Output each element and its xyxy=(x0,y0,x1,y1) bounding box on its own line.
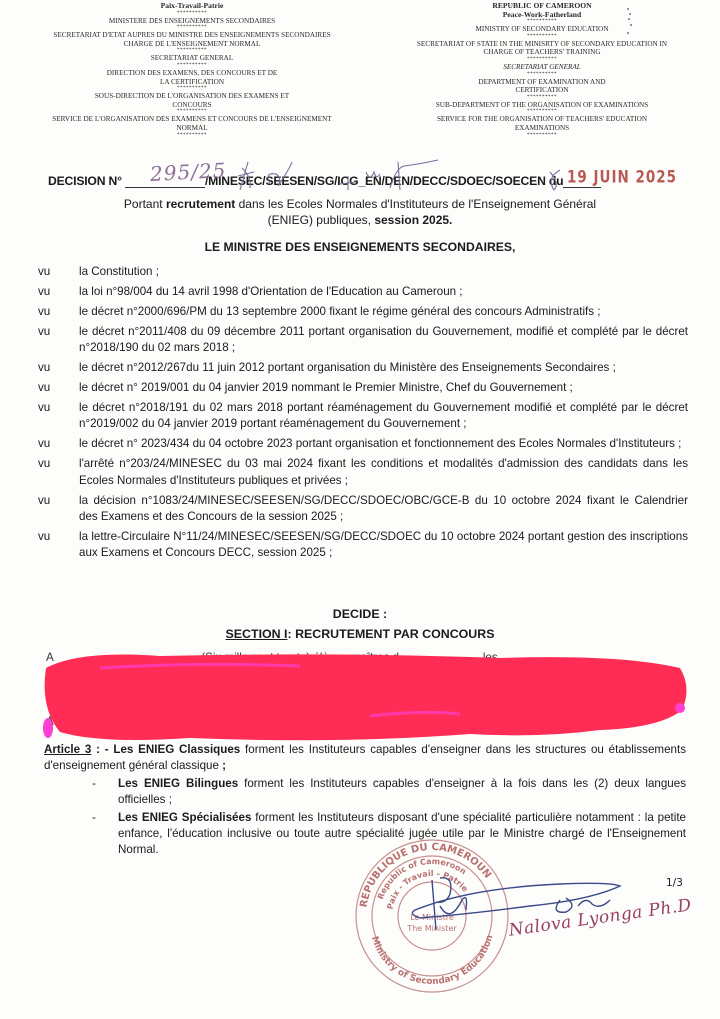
vu-item: vule décret n°2000/696/PM du 13 septembr… xyxy=(38,304,688,320)
vu-item: vule décret n° 2019/001 du 04 janvier 20… xyxy=(38,380,688,396)
header-fr-sous-direction: SOUS-DIRECTION DE L'ORGANISATION DES EXA… xyxy=(42,92,342,109)
vu-item: vule décret n°2012/267du 11 juin 2012 po… xyxy=(38,360,688,376)
header-en-ministry: MINISTRY OF SECONDARY EDUCATION xyxy=(392,25,692,34)
header-en-motto: Peace-Work-Fatherland xyxy=(392,11,692,20)
header-french: Paix-Travail-Patrie ********** MINISTERE… xyxy=(42,2,342,139)
header-en-secretariat-state: SECRETARIAT OF STATE IN THE MINISRTY OF … xyxy=(392,40,692,57)
handwritten-initials xyxy=(220,158,580,192)
article-3-label: Article 3 xyxy=(44,743,91,756)
header-fr-direction: DIRECTION DES EXAMENS, DES CONCOURS ET D… xyxy=(42,69,342,86)
date-stamp: 19 JUIN 2025 xyxy=(567,167,677,188)
vu-item: vule décret n°2018/191 du 02 mars 2018 p… xyxy=(38,400,688,432)
vu-item: vula Constitution ; xyxy=(38,264,688,280)
header-en-service: SERVICE FOR THE ORGANISATION OF TEACHERS… xyxy=(392,115,692,132)
decide-heading: DECIDE : xyxy=(0,607,720,621)
vu-item: vule décret n°2011/408 du 09 décembre 20… xyxy=(38,324,688,356)
redaction-scribble xyxy=(40,648,690,746)
margin-marks xyxy=(625,8,635,38)
header-fr-sg: SECRETARIAT GENERAL xyxy=(42,54,342,63)
svg-text:Ministry of Secondary Educatio: Ministry of Secondary Education xyxy=(369,934,495,987)
header-fr-secretariat-etat: SECRETARIAT D'ETAT AUPRES DU MINISTRE DE… xyxy=(42,31,342,48)
header-en-sub-department: SUB-DEPARTMENT OF THE ORGANISATION OF EX… xyxy=(392,101,692,110)
minister-title: LE MINISTRE DES ENSEIGNEMENTS SECONDAIRE… xyxy=(0,240,720,254)
vu-item: vula décision n°1083/24/MINESEC/SEESEN/S… xyxy=(38,493,688,525)
article-3-bullet: - Les ENIEG Bilingues forment les Instit… xyxy=(92,776,686,808)
header-en-department: DEPARTMENT OF EXAMINATION AND CERTIFICAT… xyxy=(392,78,692,95)
page-number: 1/3 xyxy=(666,877,683,889)
header-fr-motto: Paix-Travail-Patrie xyxy=(42,2,342,11)
decision-prefix: DECISION N° xyxy=(48,174,122,188)
section-heading: SECTION I: RECRUTEMENT PAR CONCOURS xyxy=(0,627,720,641)
vu-item: vula loi n°98/004 du 14 avril 1998 d'Ori… xyxy=(38,284,688,300)
vu-list: vula Constitution ;vula loi n°98/004 du … xyxy=(38,264,688,565)
header-english: REPUBLIC OF CAMEROON Peace-Work-Fatherla… xyxy=(392,2,692,139)
header-fr-service: SERVICE DE L'ORGANISATION DES EXAMENS ET… xyxy=(42,115,342,132)
vu-item: vul'arrêté n°203/24/MINESEC du 03 mai 20… xyxy=(38,456,688,488)
header-fr-ministry: MINISTERE DES ENSEIGNEMENTS SECONDAIRES xyxy=(42,17,342,26)
vu-item: vule décret n° 2023/434 du 04 octobre 20… xyxy=(38,436,688,452)
handwritten-decision-number: 295/25 xyxy=(149,158,227,186)
vu-item: vula lettre-Circulaire N°11/24/MINESEC/S… xyxy=(38,529,688,561)
header-en-sg: SECRETARIAT GENERAL xyxy=(392,63,692,72)
decision-subtitle: Portant recrutement dans les Ecoles Norm… xyxy=(0,196,720,228)
